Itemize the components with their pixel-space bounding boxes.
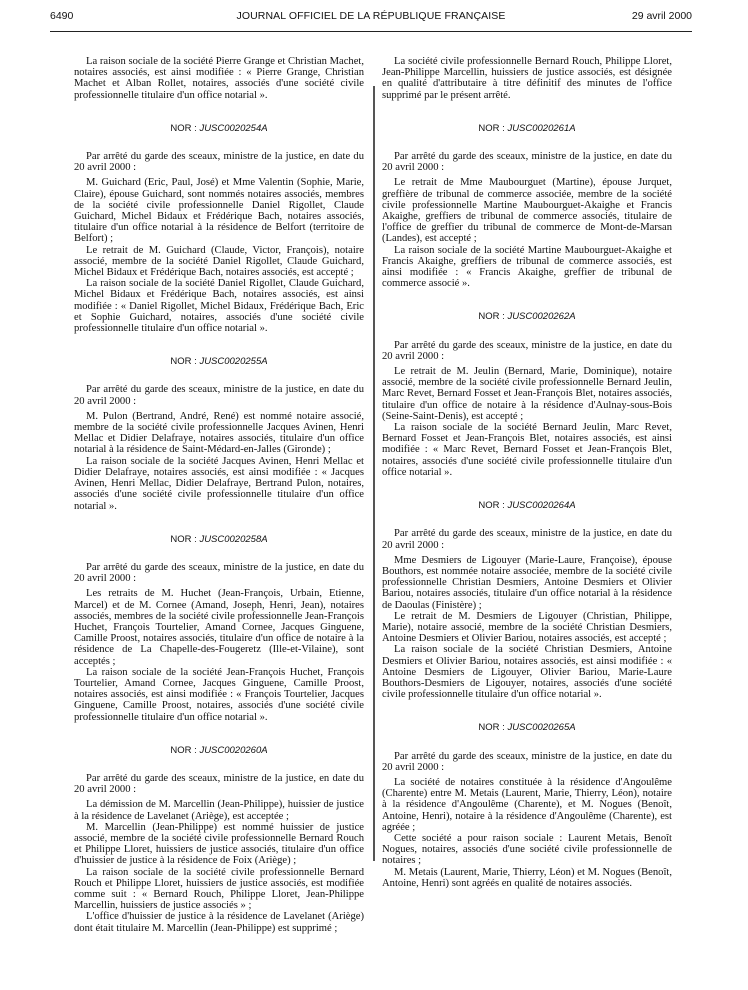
- nor-label: NOR :: [170, 745, 199, 756]
- paragraph: La société de notaires constituée à la r…: [382, 777, 672, 833]
- paragraph: La raison sociale de la société Christia…: [382, 644, 672, 700]
- paragraph: Cette société a pour raison sociale : La…: [382, 833, 672, 867]
- paragraph: M. Marcellin (Jean-Philippe) est nommé h…: [74, 822, 364, 867]
- left-column: La raison sociale de la société Pierre G…: [74, 56, 364, 934]
- paragraph: La démission de M. Marcellin (Jean-Phili…: [74, 799, 364, 821]
- journal-title: JOURNAL OFFICIEL DE LA RÉPUBLIQUE FRANÇA…: [50, 10, 692, 22]
- decree-intro: Par arrêté du garde des sceaux, ministre…: [74, 151, 364, 173]
- paragraph: M. Pulon (Bertrand, André, René) est nom…: [74, 411, 364, 456]
- nor-code: JUSC0020260A: [199, 745, 267, 756]
- paragraph: Le retrait de M. Jeulin (Bernard, Marie,…: [382, 366, 672, 422]
- paragraph: La raison sociale de la société Daniel R…: [74, 278, 364, 334]
- paragraph: Les retraits de M. Huchet (Jean-François…: [74, 588, 364, 666]
- nor-reference: NOR : JUSC0020260A: [74, 745, 364, 756]
- nor-reference: NOR : JUSC0020265A: [382, 722, 672, 733]
- paragraph: M. Guichard (Eric, Paul, José) et Mme Va…: [74, 177, 364, 244]
- paragraph: La raison sociale de la société Pierre G…: [74, 56, 364, 101]
- paragraph: La raison sociale de la société Bernard …: [382, 422, 672, 478]
- paragraph: L'office d'huissier de justice à la rési…: [74, 911, 364, 933]
- decree-intro: Par arrêté du garde des sceaux, ministre…: [382, 528, 672, 550]
- nor-label: NOR :: [478, 311, 507, 322]
- decree-intro: Par arrêté du garde des sceaux, ministre…: [74, 773, 364, 795]
- decree-section: NOR : JUSC0020254APar arrêté du garde de…: [74, 123, 364, 334]
- lead-block: La société civile professionnelle Bernar…: [382, 56, 672, 101]
- paragraph: La société civile professionnelle Bernar…: [382, 56, 672, 101]
- decree-intro: Par arrêté du garde des sceaux, ministre…: [382, 151, 672, 173]
- paragraph: Le retrait de M. Guichard (Claude, Victo…: [74, 245, 364, 279]
- nor-label: NOR :: [478, 500, 507, 511]
- right-column: La société civile professionnelle Bernar…: [382, 56, 672, 889]
- nor-code: JUSC0020265A: [507, 722, 575, 733]
- decree-intro: Par arrêté du garde des sceaux, ministre…: [382, 340, 672, 362]
- nor-code: JUSC0020255A: [199, 356, 267, 367]
- paragraph: La raison sociale de la société Martine …: [382, 245, 672, 290]
- decree-section: NOR : JUSC0020262APar arrêté du garde de…: [382, 311, 672, 478]
- paragraph: M. Metais (Laurent, Marie, Thierry, Léon…: [382, 867, 672, 889]
- paragraph: Le retrait de M. Desmiers de Ligouyer (C…: [382, 611, 672, 645]
- decree-section: NOR : JUSC0020261APar arrêté du garde de…: [382, 123, 672, 290]
- decree-intro: Par arrêté du garde des sceaux, ministre…: [382, 751, 672, 773]
- paragraph: La raison sociale de la société Jacques …: [74, 456, 364, 512]
- nor-label: NOR :: [170, 534, 199, 545]
- paragraph: Mme Desmiers de Ligouyer (Marie-Laure, F…: [382, 555, 672, 611]
- nor-reference: NOR : JUSC0020262A: [382, 311, 672, 322]
- nor-label: NOR :: [170, 356, 199, 367]
- nor-code: JUSC0020262A: [507, 311, 575, 322]
- lead-block: La raison sociale de la société Pierre G…: [74, 56, 364, 101]
- nor-label: NOR :: [478, 123, 507, 134]
- decree-section: NOR : JUSC0020260APar arrêté du garde de…: [74, 745, 364, 934]
- nor-reference: NOR : JUSC0020261A: [382, 123, 672, 134]
- nor-code: JUSC0020264A: [507, 500, 575, 511]
- paragraph: La raison sociale de la société Jean-Fra…: [74, 667, 364, 723]
- nor-reference: NOR : JUSC0020255A: [74, 356, 364, 367]
- nor-code: JUSC0020261A: [507, 123, 575, 134]
- nor-label: NOR :: [170, 123, 199, 134]
- page-header: 6490 JOURNAL OFFICIEL DE LA RÉPUBLIQUE F…: [50, 10, 692, 30]
- nor-code: JUSC0020254A: [199, 123, 267, 134]
- decree-section: NOR : JUSC0020258APar arrêté du garde de…: [74, 534, 364, 723]
- decree-intro: Par arrêté du garde des sceaux, ministre…: [74, 384, 364, 406]
- decree-section: NOR : JUSC0020255APar arrêté du garde de…: [74, 356, 364, 511]
- header-rule: [50, 31, 692, 32]
- column-separator: [373, 86, 375, 861]
- nor-reference: NOR : JUSC0020258A: [74, 534, 364, 545]
- nor-label: NOR :: [478, 722, 507, 733]
- nor-reference: NOR : JUSC0020264A: [382, 500, 672, 511]
- decree-section: NOR : JUSC0020265APar arrêté du garde de…: [382, 722, 672, 889]
- decree-section: NOR : JUSC0020264APar arrêté du garde de…: [382, 500, 672, 700]
- issue-date: 29 avril 2000: [632, 10, 692, 22]
- paragraph: Le retrait de Mme Maubourguet (Martine),…: [382, 177, 672, 244]
- nor-reference: NOR : JUSC0020254A: [74, 123, 364, 134]
- nor-code: JUSC0020258A: [199, 534, 267, 545]
- decree-intro: Par arrêté du garde des sceaux, ministre…: [74, 562, 364, 584]
- paragraph: La raison sociale de la société civile p…: [74, 867, 364, 912]
